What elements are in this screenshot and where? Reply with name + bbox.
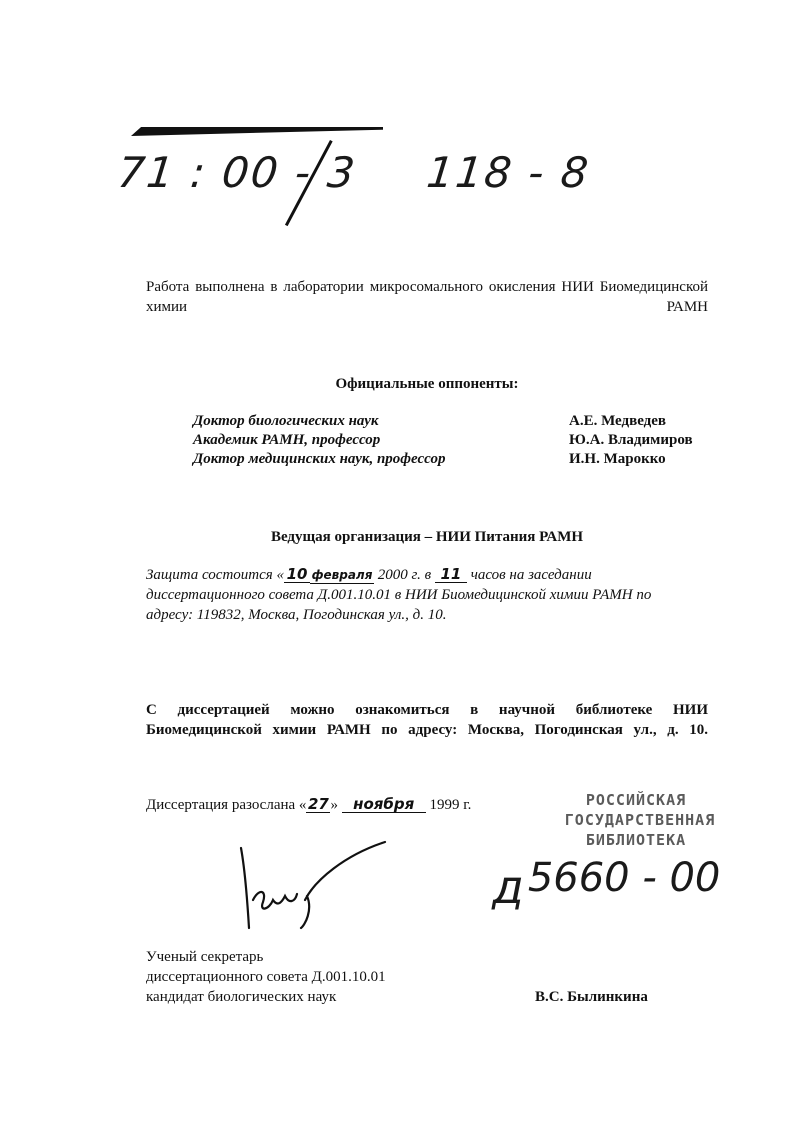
opponents-heading: Официальные оппоненты: [146, 374, 708, 394]
stamp-line: ГОСУДАРСТВЕННАЯ [544, 810, 736, 830]
opponent-row: Академик РАМН, профессор Ю.А. Владимиров [193, 432, 713, 452]
distribution-year: 1999 г. [429, 797, 471, 813]
opponent-title: Доктор медицинских наук, профессор [193, 451, 445, 468]
registration-digits: 5660 - 00 [528, 855, 721, 901]
defense-line-1: Защита состоится «10февраля 2000 г. в 11… [146, 565, 716, 585]
catalog-code: 71 : 00 - 3 118 - 8 [115, 148, 592, 197]
stamp-line: РОССИЙСКАЯ [536, 790, 736, 810]
defense-line-3: адресу: 119832, Москва, Погодинская ул.,… [146, 605, 716, 625]
opponent-name: А.Е. Медведев [569, 413, 666, 430]
leading-organization: Ведущая организация – НИИ Питания РАМН [146, 527, 708, 547]
defense-hour: 11 [435, 566, 467, 583]
registration-number: д5660 - 00 [492, 848, 720, 902]
secretary-name: В.С. Былинкина [535, 987, 648, 1007]
secretary-degree: кандидат биологических наук [146, 987, 386, 1007]
opponent-title: Академик РАМН, профессор [193, 432, 380, 449]
distribution-quote: » [330, 797, 338, 813]
library-stamp: РОССИЙСКАЯ ГОСУДАРСТВЕННАЯ БИБЛИОТЕКА [536, 790, 736, 850]
stamp-line: БИБЛИОТЕКА [536, 830, 736, 850]
opponent-name: Ю.А. Владимиров [569, 432, 693, 449]
secretary-role: Ученый секретарь [146, 947, 386, 967]
lab-statement: Работа выполнена в лаборатории микросома… [146, 277, 708, 317]
library-notice: С диссертацией можно ознакомиться в науч… [146, 700, 708, 740]
opponent-row: Доктор биологических наук А.Е. Медведев [193, 413, 713, 433]
opponent-title: Доктор биологических наук [193, 413, 378, 430]
secretary-council: диссертационного совета Д.001.10.01 [146, 967, 386, 987]
signature [235, 840, 395, 930]
distribution-line: Диссертация разослана «27» ноября 1999 г… [146, 795, 471, 815]
secretary-block: Ученый секретарь диссертационного совета… [146, 947, 386, 1007]
catalog-code-suffix: 118 - 8 [424, 148, 592, 197]
opponent-name: И.Н. Марокко [569, 451, 666, 468]
defense-prefix: Защита состоится « [146, 567, 284, 583]
opponent-row: Доктор медицинских наук, профессор И.Н. … [193, 451, 713, 471]
defense-month: февраля [310, 567, 374, 584]
distribution-prefix: Диссертация разослана « [146, 797, 306, 813]
defense-day: 10 [284, 566, 310, 583]
distribution-month: ноября [342, 796, 426, 813]
defense-rest: часов на заседании [471, 567, 592, 583]
defense-year: 2000 г. в [378, 567, 431, 583]
defense-line-2: диссертационного совета Д.001.10.01 в НИ… [146, 585, 716, 605]
registration-letter: д [492, 860, 524, 914]
header-rule [131, 127, 383, 136]
defense-notice: Защита состоится «10февраля 2000 г. в 11… [146, 565, 716, 625]
distribution-day: 27 [306, 796, 330, 813]
